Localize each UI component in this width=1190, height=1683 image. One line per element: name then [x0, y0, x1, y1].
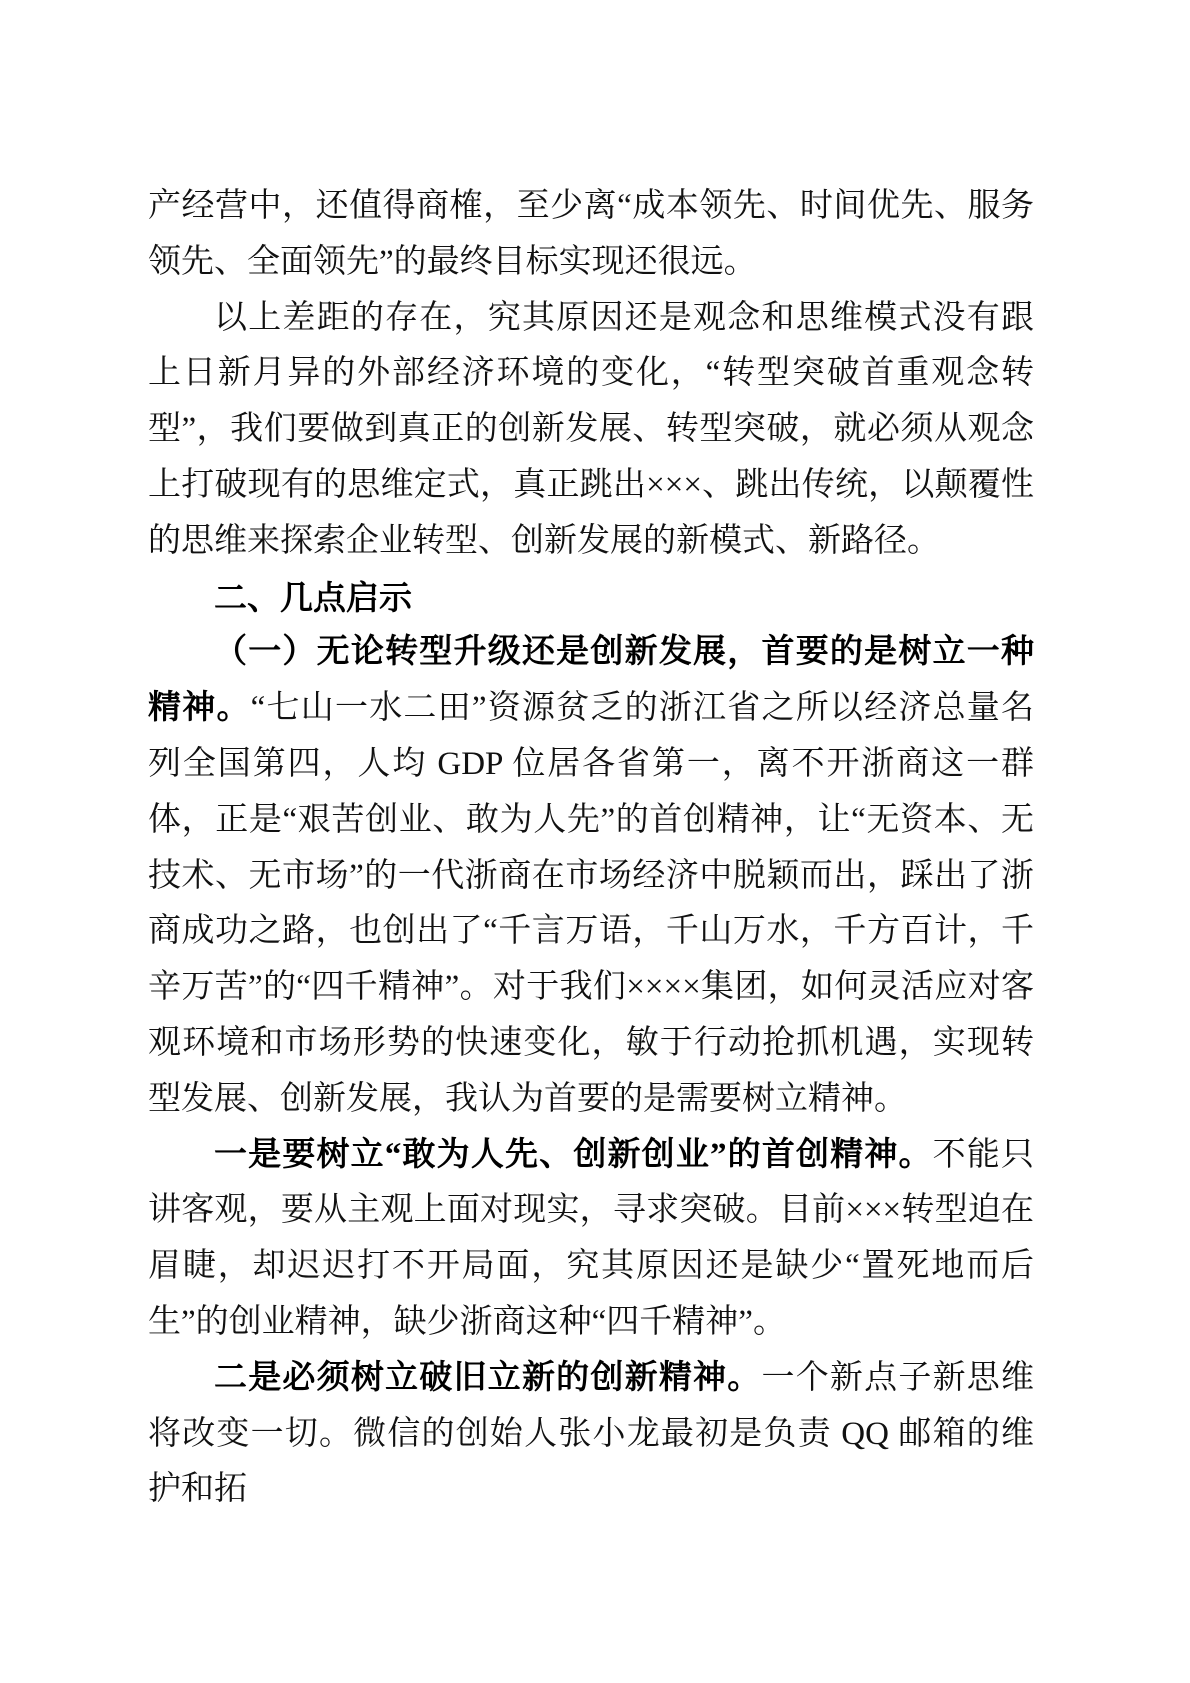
document-content: 产经营中，还值得商榷，至少离“成本领先、时间优先、服务领先、全面领先”的最终目标…	[148, 179, 1034, 1518]
paragraph: 二是必须树立破旧立新的创新精神。一个新点子新思维将改变一切。微信的创始人张小龙最…	[148, 1351, 1034, 1518]
paragraph-lead-bold: 一是要树立“敢为人先、创新创业”的首创精神。	[214, 1137, 933, 1173]
paragraph-text: “七山一水二田”资源贫乏的浙江省之所以经济总量名列全国第四，人均 GDP 位居各…	[148, 690, 1034, 1117]
section-heading: 二、几点启示	[148, 570, 1034, 626]
document-page: 产经营中，还值得商榷，至少离“成本领先、时间优先、服务领先、全面领先”的最终目标…	[0, 0, 1190, 1683]
paragraph: （一）无论转型升级还是创新发展，首要的是树立一种精神。“七山一水二田”资源贫乏的…	[148, 625, 1034, 1127]
paragraph-lead-bold: 二是必须树立破旧立新的创新精神。	[214, 1360, 761, 1396]
paragraph: 产经营中，还值得商榷，至少离“成本领先、时间优先、服务领先、全面领先”的最终目标…	[148, 179, 1034, 291]
paragraph: 以上差距的存在，究其原因还是观念和思维模式没有跟上日新月异的外部经济环境的变化，…	[148, 291, 1034, 570]
paragraph: 一是要树立“敢为人先、创新创业”的首创精神。不能只讲客观，要从主观上面对现实，寻…	[148, 1128, 1034, 1351]
